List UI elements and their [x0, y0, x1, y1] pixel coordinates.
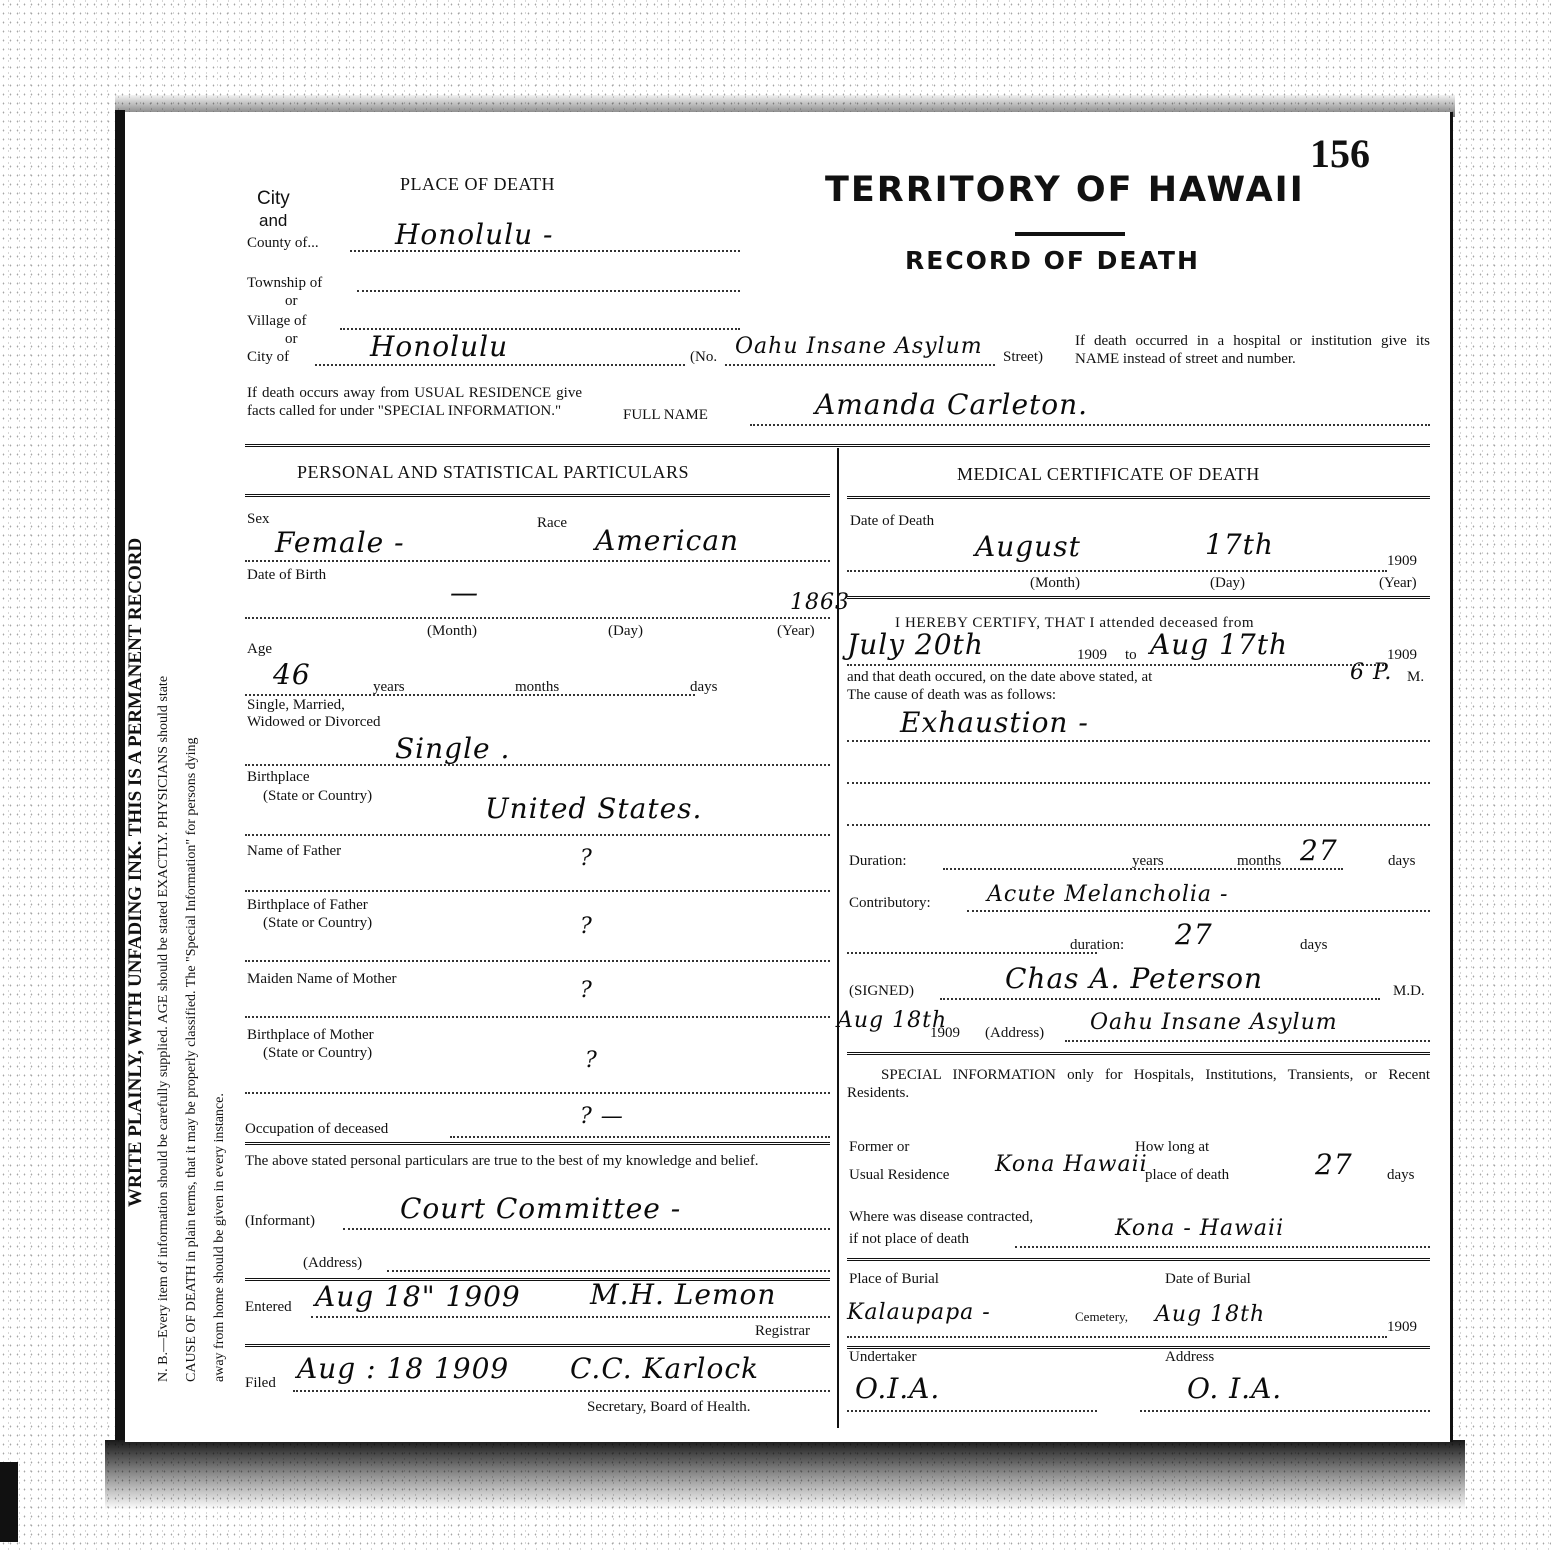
dob-month-value: —: [450, 576, 479, 609]
duration-months-label: months: [1237, 852, 1281, 870]
scan-shadow-left: [115, 110, 125, 1440]
mother-maiden-label: Maiden Name of Mother: [247, 970, 397, 988]
signed-year-value: 1909: [930, 1024, 960, 1042]
attest-text: The above stated personal particulars ar…: [245, 1152, 830, 1170]
former-residence-label-1: Former or: [849, 1138, 909, 1156]
margin-note-line2: CAUSE OF DEATH in plain terms, that it m…: [183, 737, 200, 1382]
street-value: Oahu Insane Asylum: [735, 334, 983, 359]
attended-from-year: 1909: [1077, 646, 1107, 664]
how-long-days: days: [1387, 1166, 1415, 1184]
secretary-label: Secretary, Board of Health.: [587, 1398, 751, 1416]
mother-birthplace-label: Birthplace of Mother: [247, 1026, 374, 1044]
contrib-duration-label: duration:: [1070, 936, 1124, 954]
former-residence-value: Kona Hawaii: [995, 1152, 1148, 1177]
scan-shadow-bottom: [105, 1440, 1465, 1510]
street-no-label: (No.: [690, 348, 717, 366]
marital-label-2: Widowed or Divorced: [247, 713, 381, 731]
duration-days-label: days: [1388, 852, 1416, 870]
undertaker-address-label: Address: [1165, 1348, 1214, 1366]
cause-label: The cause of death was as follows:: [847, 686, 1056, 704]
dob-month-caption: (Month): [427, 622, 477, 640]
place-of-death-heading: PLACE OF DEATH: [400, 174, 555, 195]
and-label: and: [259, 212, 287, 230]
title-divider: [1015, 232, 1125, 236]
contrib-days-label: days: [1300, 936, 1328, 954]
date-of-death-label: Date of Death: [850, 512, 934, 530]
age-years-value: 46: [273, 658, 311, 691]
city-of-label: City of: [247, 348, 289, 366]
margin-heading: WRITE PLAINLY, WITH UNFADING INK. THIS I…: [125, 538, 147, 1207]
birthplace-value: United States.: [485, 792, 702, 825]
signed-label: (SIGNED): [849, 982, 914, 1000]
to-label: to: [1125, 646, 1137, 664]
full-name-value: Amanda Carleton.: [815, 388, 1088, 421]
father-birthplace-label: Birthplace of Father: [247, 896, 368, 914]
township-label: Township of: [247, 274, 322, 292]
contributory-label: Contributory:: [849, 894, 931, 912]
duration-days-value: 27: [1300, 834, 1338, 867]
mother-birthplace-sub: (State or Country): [263, 1044, 372, 1062]
entered-value: Aug 18" 1909: [315, 1280, 521, 1313]
filed-value: Aug : 18 1909: [297, 1352, 509, 1385]
death-time-suffix: M.: [1407, 668, 1424, 686]
dob-label: Date of Birth: [247, 566, 326, 584]
contracted-label-1: Where was disease contracted,: [849, 1208, 1033, 1226]
burial-date-label: Date of Burial: [1165, 1270, 1251, 1288]
village-label: Village of: [247, 312, 307, 330]
father-name-value: ?: [580, 846, 593, 871]
undertaker-address-value: O. I.A.: [1187, 1372, 1282, 1405]
undertaker-value: O.I.A.: [855, 1372, 940, 1405]
birthplace-sub: (State or Country): [263, 787, 372, 805]
dob-day-caption: (Day): [608, 622, 643, 640]
informant-label: (Informant): [245, 1212, 315, 1230]
death-month-value: August: [975, 530, 1081, 563]
entered-label: Entered: [245, 1298, 292, 1316]
death-record-form: WRITE PLAINLY, WITH UNFADING INK. THIS I…: [125, 112, 1453, 1442]
serial-number: 156: [1310, 130, 1370, 177]
mother-maiden-value: ?: [580, 978, 593, 1003]
death-day-value: 17th: [1205, 528, 1274, 561]
undertaker-label: Undertaker: [849, 1348, 916, 1366]
birthplace-label: Birthplace: [247, 768, 309, 786]
usual-residence-note: If death occurs away from USUAL RESIDENC…: [247, 384, 582, 420]
street-label: Street): [1003, 348, 1043, 366]
burial-date-value: Aug 18th: [1155, 1302, 1265, 1327]
burial-year-value: 1909: [1387, 1318, 1417, 1336]
race-label: Race: [537, 514, 567, 532]
filed-signature: C.C. Karlock: [570, 1352, 759, 1385]
former-residence-label-2: Usual Residence: [849, 1166, 949, 1184]
registrar-label: Registrar: [755, 1322, 810, 1340]
county-value: Honolulu -: [395, 218, 554, 251]
father-birthplace-value: ?: [580, 914, 593, 939]
filed-label: Filed: [245, 1374, 276, 1392]
dob-year-caption: (Year): [777, 622, 815, 640]
attended-to-value: Aug 17th: [1150, 628, 1288, 661]
physician-address-value: Oahu Insane Asylum: [1090, 1010, 1338, 1035]
city-label: City: [257, 190, 290, 208]
contributory-value: Acute Melancholia -: [987, 882, 1228, 907]
medical-heading: MEDICAL CERTIFICATE OF DEATH: [957, 464, 1260, 485]
death-day-caption: (Day): [1210, 574, 1245, 592]
cemetery-label: Cemetery,: [1075, 1308, 1128, 1326]
death-year-value: 1909: [1387, 552, 1417, 570]
marital-label-1: Single, Married,: [247, 696, 345, 714]
entered-signature: M.H. Lemon: [590, 1278, 776, 1311]
cause-value: Exhaustion -: [900, 706, 1089, 739]
occupation-value: ? —: [580, 1104, 624, 1129]
death-month-caption: (Month): [1030, 574, 1080, 592]
death-time-value: 6 P.: [1350, 660, 1392, 685]
how-long-label-2: place of death: [1145, 1166, 1229, 1184]
signed-value: Chas A. Peterson: [1005, 962, 1263, 995]
or-label-2: or: [285, 330, 298, 348]
dob-year-value: 1863: [790, 590, 850, 615]
document-subtitle: RECORD OF DEATH: [905, 246, 1200, 275]
attended-from-value: July 20th: [847, 628, 984, 661]
full-name-label: FULL NAME: [623, 406, 708, 424]
death-year-caption: (Year): [1379, 574, 1417, 592]
binding-tab: [0, 1462, 18, 1542]
sex-label: Sex: [247, 510, 270, 528]
contracted-label-2: if not place of death: [849, 1230, 969, 1248]
sex-value: Female -: [275, 526, 405, 559]
marital-value: Single .: [395, 732, 510, 765]
header-rule: [245, 444, 1430, 447]
how-long-value: 27: [1315, 1148, 1353, 1181]
informant-value: Court Committee -: [400, 1192, 681, 1225]
contracted-value: Kona - Hawaii: [1115, 1216, 1284, 1241]
burial-place-value: Kalaupapa -: [847, 1300, 991, 1325]
occupation-label: Occupation of deceased: [245, 1120, 388, 1138]
informant-address-label: (Address): [303, 1254, 362, 1272]
margin-note-line3: away from home should be given in every …: [211, 1093, 228, 1382]
how-long-label-1: How long at: [1135, 1138, 1209, 1156]
mother-birthplace-value: ?: [585, 1048, 598, 1073]
death-time-text: and that death occured, on the date abov…: [847, 668, 1152, 686]
city-of-value: Honolulu: [370, 330, 508, 363]
race-value: American: [595, 524, 739, 557]
margin-note-line1: N. B.—Every item of information should b…: [155, 676, 172, 1382]
father-name-label: Name of Father: [247, 842, 341, 860]
burial-place-label: Place of Burial: [849, 1270, 939, 1288]
or-label-1: or: [285, 292, 298, 310]
duration-years-label: years: [1132, 852, 1164, 870]
contrib-duration-value: 27: [1175, 918, 1213, 951]
md-label: M.D.: [1393, 982, 1425, 1000]
personal-heading: PERSONAL AND STATISTICAL PARTICULARS: [297, 462, 689, 483]
age-label: Age: [247, 640, 272, 658]
duration-label: Duration:: [849, 852, 907, 870]
physician-address-label: (Address): [985, 1024, 1044, 1042]
special-info-heading: SPECIAL INFORMATION only for Hospitals, …: [847, 1066, 1430, 1102]
hospital-note: If death occurred in a hospital or insti…: [1075, 332, 1430, 368]
county-label: County of...: [247, 234, 319, 252]
document-title: TERRITORY OF HAWAII: [825, 170, 1305, 210]
father-birthplace-sub: (State or Country): [263, 914, 372, 932]
